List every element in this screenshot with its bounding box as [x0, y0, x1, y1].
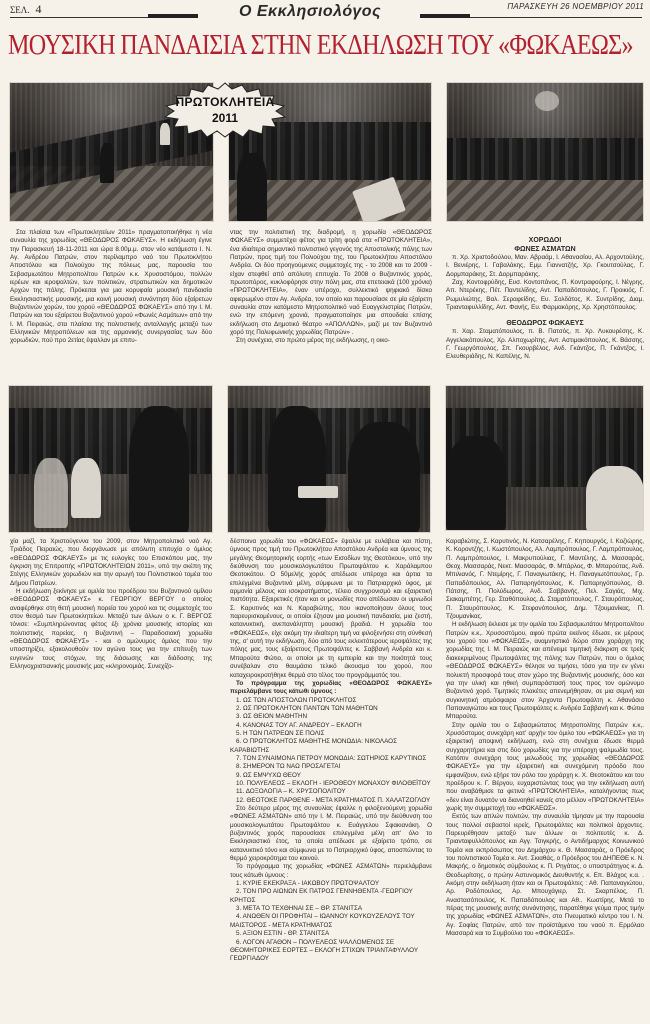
article-paragraph: Στην ομιλία του ο Σεβασμιώτατος Μητροπολ… — [446, 722, 644, 814]
program-2-title: Το πρόγραμμα της χορωδίας «ΦΩΝΕΣ ΑΣΜΑΤΩΝ… — [230, 863, 432, 880]
article-paragraph: Στα πλαίσια των «Πρωτοκλητείων 2011» πρα… — [10, 229, 212, 346]
article-paragraph: χία μαζί, τα Χριστούγεννα του 2009, στον… — [10, 538, 212, 588]
choir-members-column: ΧΟΡΩΔΟΙ ΦΩΝΕΣ ΑΣΜΑΤΩΝ π. Χρ. Χριστοδούλο… — [446, 236, 644, 362]
page-label-text: ΣΕΛ. — [10, 5, 30, 15]
article-headline: ΜΟΥΣΙΚΗ ΠΑΝΔΑΙΣΙΑ ΣΤΗΝ ΕΚΔΗΛΩΣΗ ΤΟΥ «ΦΩΚ… — [8, 30, 558, 62]
masthead-bar-right — [420, 14, 470, 18]
program-item: 5. Η ΤΩΝ ΠΑΤΡΕΩΝ ΣΕ ΠΟΛΙΣ — [230, 730, 432, 738]
choir-name-fones-asmaton: ΦΩΝΕΣ ΑΣΜΑΤΩΝ — [446, 245, 644, 254]
choir-members-heading: ΧΟΡΩΔΟΙ — [446, 236, 644, 245]
event-badge: ΠΡΩΤΟΚΛΗΤΕΙΑ 2011 — [164, 82, 286, 138]
program-item: 1. ΚΥΡΙΕ ΕΚΕΚΡΑΞΑ - ΙΑΚΩΒΟΥ ΠΡΩΤΟΨΑΛΤΟΥ — [230, 880, 432, 888]
article-paragraph: Στο δεύτερο μέρος της συναυλίας έψαλλε η… — [230, 805, 432, 863]
article-column-3-bottom: Καραβιώτης, Σ. Καρυτινός, Ν. Κατσαρέλης,… — [446, 538, 644, 939]
program-item: 12. ΘΕΟΤΟΚΕ ΠΑΡΘΕΝΕ - ΜΕΤΑ ΚΡΑΤΗΜΑΤΟΣ Π.… — [230, 797, 432, 805]
member-list: π. Χαρ. Σταματόπουλος, π. Β. Πατσός, π. … — [446, 328, 644, 361]
program-item: 8. ΣΗΜΕΡΟΝ ΤΩ ΝΑΩ ΠΡΟΣΑΓΕΤΑΙ — [230, 763, 432, 771]
masthead: ΣΕΛ.4 Ο Εκκλησιολόγος ΠΑΡΑΣΚΕΥΗ 26 ΝΟΕΜΒ… — [0, 0, 650, 24]
program-1-list: 1. ΩΣ ΤΩΝ ΑΠΟΣΤΟΛΩΝ ΠΡΩΤΟΚΛΗΤΟΣ 2. ΩΣ ΠΡ… — [230, 697, 432, 805]
article-column-1-bottom: χία μαζί, τα Χριστούγεννα του 2009, στον… — [10, 538, 212, 672]
article-paragraph: Εκτός των απλών πολιτών, την συναυλία τί… — [446, 813, 644, 938]
article-paragraph: Η εκδήλωση έκλεισε με την ομιλία του Σεβ… — [446, 621, 644, 721]
program-item: 11. ΔΟΞΟΛΟΓΙΑ – Κ. ΧΡΥΣΟΠΟΛΙΤΟΥ — [230, 788, 432, 796]
article-paragraph: Η εκδήλωση ξεκίνησε με ομιλία του προέδρ… — [10, 588, 212, 671]
article-paragraph: Στη συνέχεια, στο πρώτο μέρος της εκδήλω… — [230, 337, 432, 345]
article-paragraph: ντας την πολιτιστική της διαδρομή, η χορ… — [230, 229, 432, 337]
program-item: 9. ΩΣ ΕΜΨΥΧΩ ΘΕΟΥ — [230, 772, 432, 780]
page-label: ΣΕΛ.4 — [10, 2, 42, 17]
program-item: 1. ΩΣ ΤΩΝ ΑΠΟΣΤΟΛΩΝ ΠΡΩΤΟΚΛΗΤΟΣ — [230, 697, 432, 705]
starburst-icon — [164, 82, 286, 138]
program-item: 10. ΠΟΛΥΕΛΕΟΣ – ΕΚΛΟΓΗ - ΙΕΡΟΘΕΟΥ ΜΟΝΑΧΟ… — [230, 780, 432, 788]
program-item: 3. ΩΣ ΘΕΙΟΝ ΜΑΘΗΤΗΝ — [230, 713, 432, 721]
photo-audience-award — [445, 385, 644, 531]
program-item: 4. ΚΑΝΟΝΑΣ ΤΟΥ ΑΓ. ΑΝΔΡΕΟΥ – ΕΚΛΟΓΗ — [230, 722, 432, 730]
photo-bishop-speech — [8, 385, 213, 533]
badge-year: 2011 — [164, 111, 286, 125]
program-item: 6. Ο ΠΡΩΤΟΚΛΗΤΟΣ ΜΑΘΗΤΗΣ ΜΟΝΩΔΙΑ: ΝΙΚΟΛΑ… — [230, 738, 432, 755]
program-item: 7. ΤΟΝ ΣΥΝΑΙΜΟΝΑ ΠΕΤΡΟΥ ΜΟΝΩΔΙΑ: ΣΩΤΗΡΙΟ… — [230, 755, 432, 763]
member-list: Καραβιώτης, Σ. Καρυτινός, Ν. Κατσαρέλης,… — [446, 538, 644, 621]
program-item: 5. ΑΞΙΟΝ ΕΣΤΙΝ - ΘΡ. ΣΤΑΝΙΤΣΑ — [230, 930, 432, 938]
issue-date: ΠΑΡΑΣΚΕΥΗ 26 ΝΟΕΜΒΡΙΟΥ 2011 — [507, 2, 644, 11]
photo-church-iconostasis — [446, 82, 644, 222]
article-column-1-top: Στα πλαίσια των «Πρωτοκλητείων 2011» πρα… — [10, 229, 212, 346]
program-item: 2. ΩΣ ΠΡΩΤΟΚΛΗΤΟΝ ΠΑΝΤΩΝ ΤΩΝ ΜΑΘΗΤΩΝ — [230, 705, 432, 713]
program-item: 6. ΛΟΓΟΝ ΑΓΑΘΟΝ – ΠΟΛΥΕΛΕΟΣ ΨΑΛΛΟΜΕΝΟΣ Σ… — [230, 939, 432, 964]
newspaper-title: Ο Εκκλησιολόγος — [200, 3, 420, 21]
program-item: 2. ΤΟΝ ΠΡΟ ΑΙΩΝΩΝ ΕΚ ΠΑΤΡΟΣ ΓΕΝΝΗΘΕΝΤΑ -… — [230, 888, 432, 905]
program-2-list: 1. ΚΥΡΙΕ ΕΚΕΚΡΑΞΑ - ΙΑΚΩΒΟΥ ΠΡΩΤΟΨΑΛΤΟΥ … — [230, 880, 432, 963]
member-list: Ζαχ. Κοντοφρύδης, Ευσ. Κοντοπάνος, Π. Κο… — [446, 279, 644, 312]
program-1-title: Το πρόγραμμα της χορωδίας «ΘΕΟΔΩΡΟΣ ΦΩΚΑ… — [230, 680, 432, 697]
badge-title: ΠΡΩΤΟΚΛΗΤΕΙΑ — [164, 95, 286, 109]
photo-award-presentation — [227, 385, 431, 533]
article-paragraph: δέσποινα χορωδία του «ΦΩΚΑΕΩΣ» έψαλλε με… — [230, 538, 432, 680]
page-number: 4 — [36, 2, 42, 16]
program-item: 4. ΑΝΩΘΕΝ ΟΙ ΠΡΟΦΗΤΑΙ – ΙΩΑΝΝΟΥ ΚΟΥΚΟΥΖΕ… — [230, 913, 432, 930]
article-column-2-bottom: δέσποινα χορωδία του «ΦΩΚΑΕΩΣ» έψαλλε με… — [230, 538, 432, 964]
program-item: 3. ΜΕΤΑ ΤΟ ΤΕΧΘΗΝΑΙ ΣΕ – ΘΡ. ΣΤΑΝΙΤΣΑ — [230, 905, 432, 913]
member-list: π. Χρ. Χριστοδούλου, Μαν. Αβραάμ, Ι. Αθα… — [446, 254, 644, 279]
masthead-bar-left — [148, 14, 198, 18]
article-column-2-top: ντας την πολιτιστική της διαδρομή, η χορ… — [230, 229, 432, 346]
